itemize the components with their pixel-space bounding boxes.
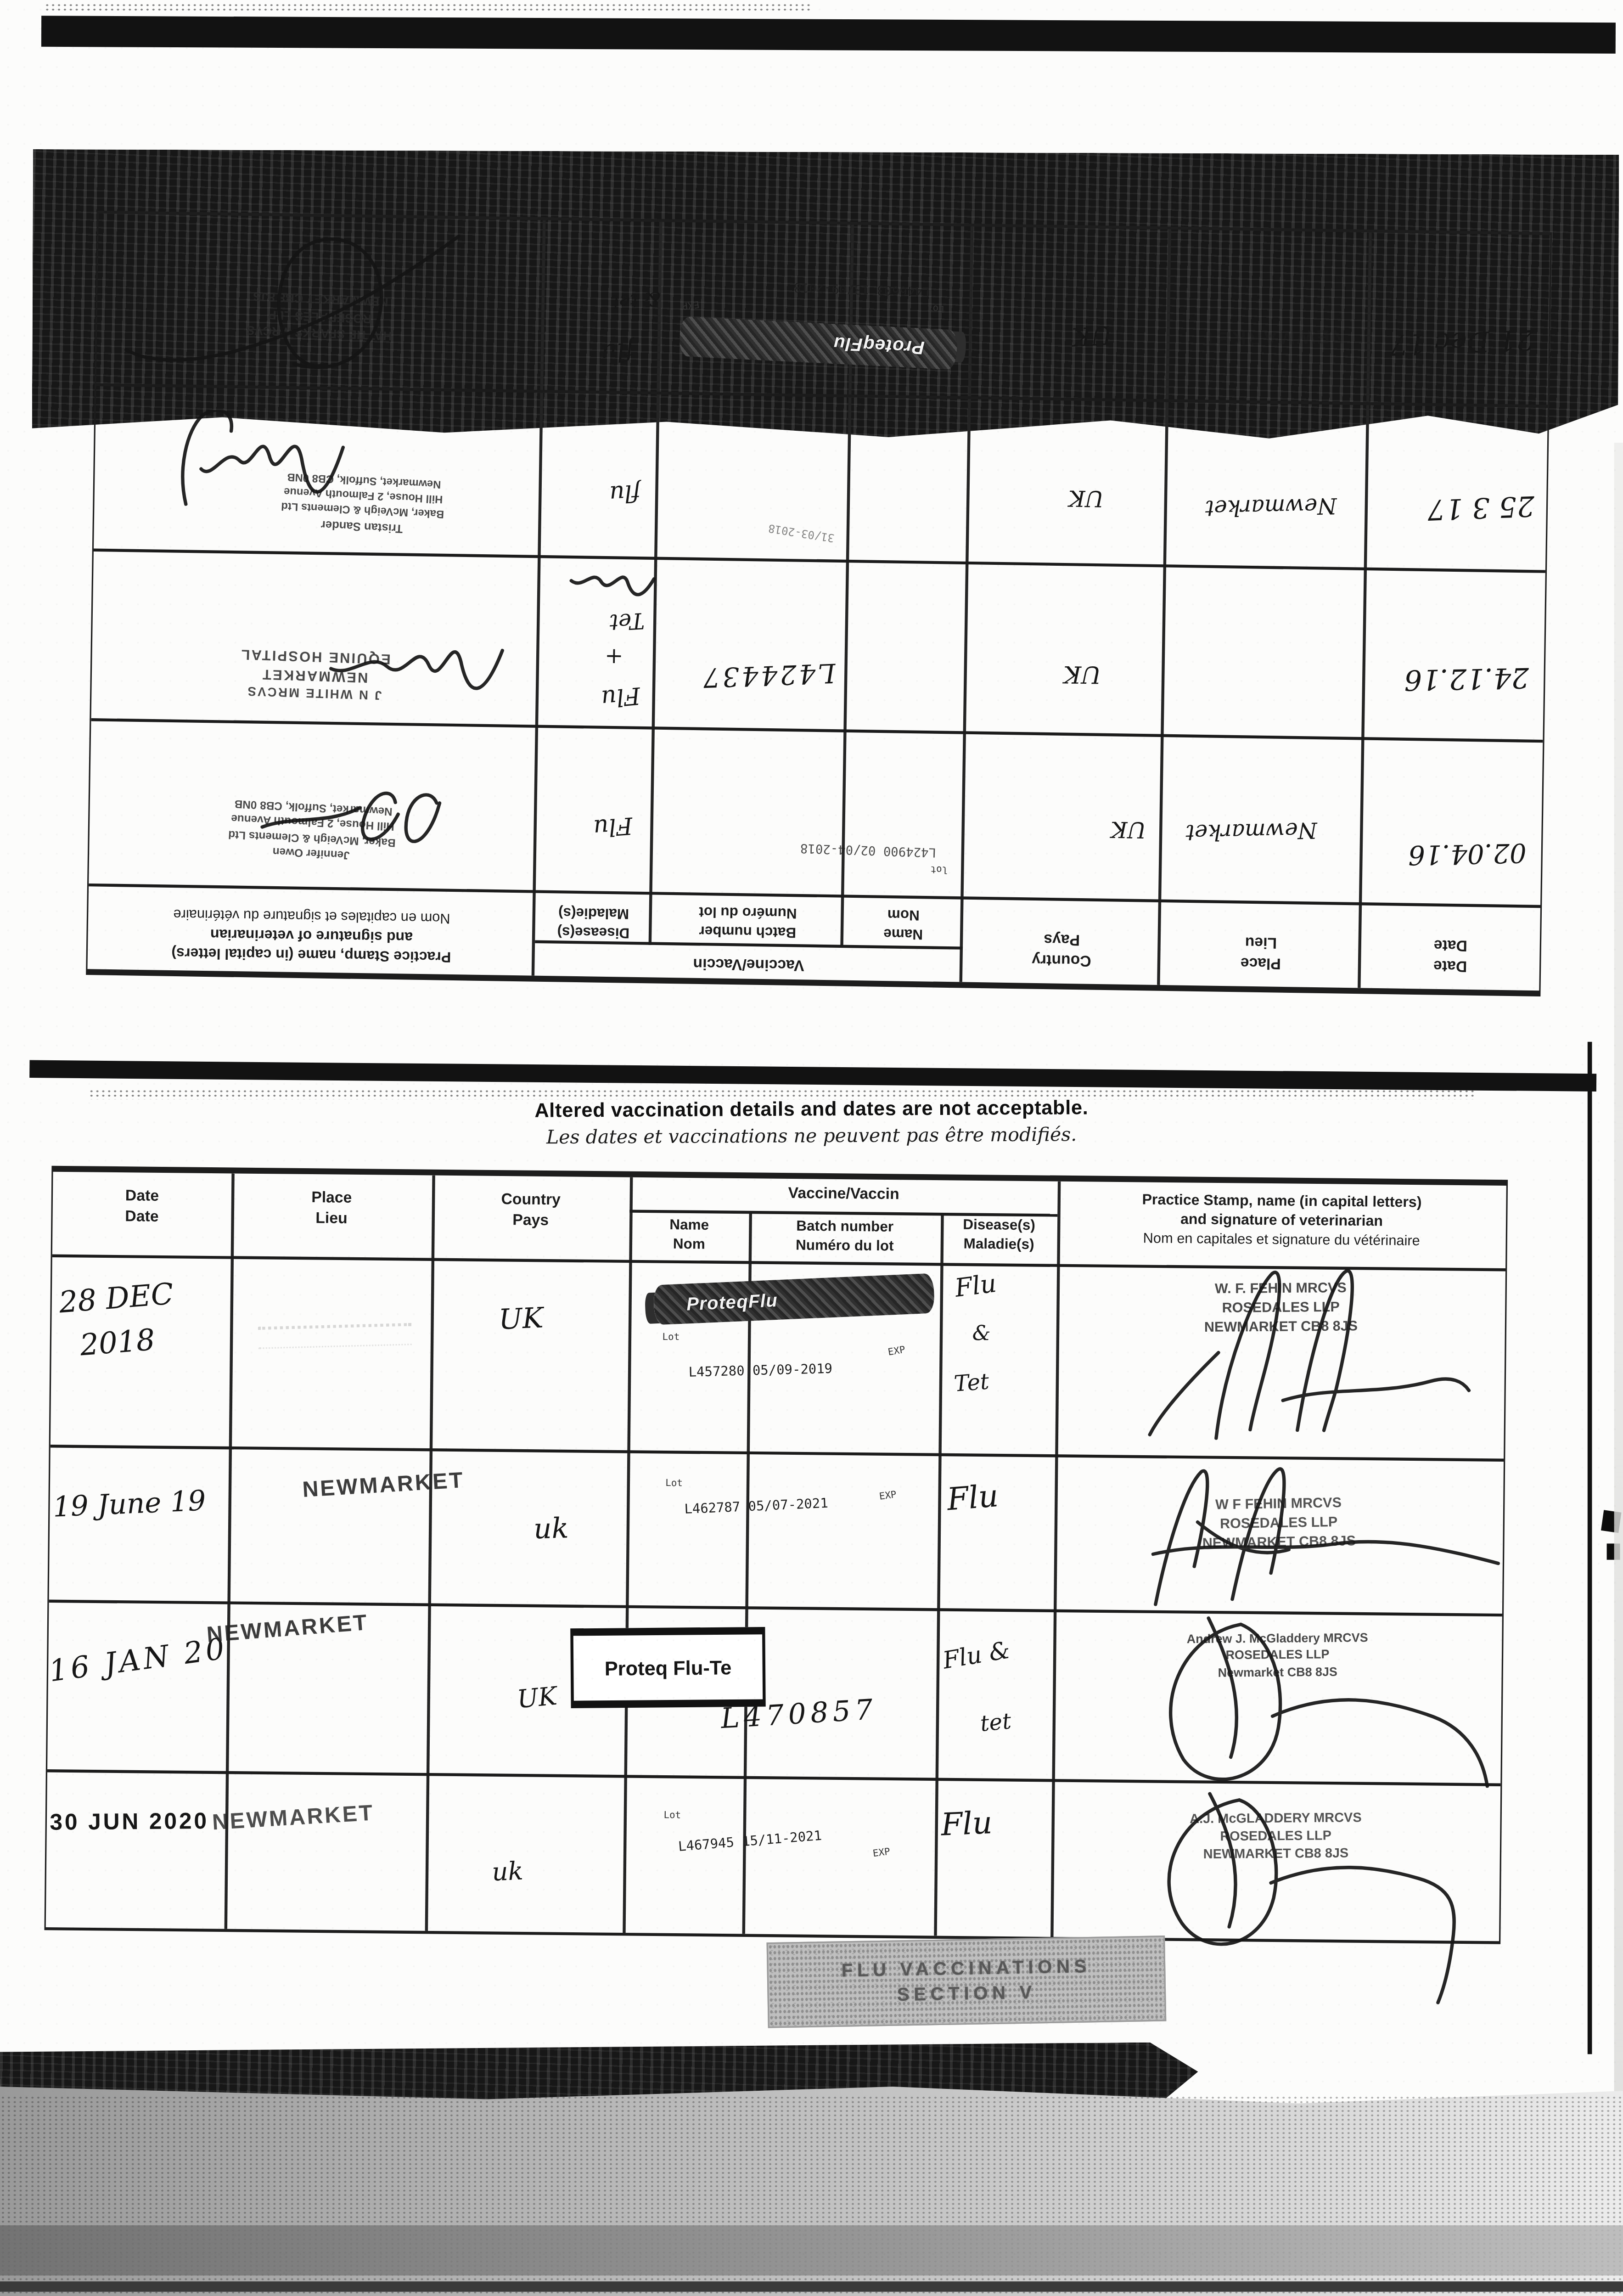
disease-value: Flu xyxy=(592,812,633,843)
lower-vaccination-table: Date Date Place Lieu Country Pays Vaccin… xyxy=(44,1166,1508,1944)
header-country-en: Country xyxy=(962,947,1160,970)
batch-handwritten: L424437 xyxy=(701,656,836,692)
signature xyxy=(1065,1614,1502,1792)
batch-value: L446603 13/09-2018 xyxy=(794,279,930,298)
vaccine-sticker: ProteqFlu xyxy=(653,1273,935,1325)
disease-scribble xyxy=(565,566,660,606)
column-line xyxy=(425,1176,435,1931)
disease-value: Flu xyxy=(953,1270,998,1304)
header-name-fr: Nom xyxy=(844,904,964,924)
header-batch: Batch number Numéro du lot xyxy=(749,1218,941,1257)
row-line xyxy=(51,1445,1504,1462)
country-value: uk xyxy=(491,1857,524,1888)
header-vaccine: Vaccine/Vaccin xyxy=(534,950,962,976)
column-line xyxy=(532,220,546,975)
disease-value: Flu xyxy=(946,1478,1000,1518)
scan-band-thin xyxy=(41,16,1616,53)
header-date-fr: Date xyxy=(1361,934,1540,956)
header-stamp: Practice Stamp, name (in capital letters… xyxy=(88,903,535,967)
scan-band-middle xyxy=(29,1060,1596,1092)
header-batch-en: Batch number xyxy=(749,1218,941,1238)
header-place: Place Lieu xyxy=(231,1188,432,1230)
date-value: 24.12.16 xyxy=(1404,661,1529,696)
date-line-1: 28 DEC xyxy=(57,1272,175,1325)
scan-band-bottom-line xyxy=(0,2281,1623,2291)
batch-value: L457280 05/09-2019 xyxy=(688,1362,832,1381)
disease-value: Tet xyxy=(609,607,645,636)
country-value: UK xyxy=(1111,816,1146,843)
country-value: UK xyxy=(1072,319,1113,350)
signature xyxy=(250,780,458,868)
place-stamp: NEWMARKET xyxy=(212,1801,375,1836)
header-name-en: Name xyxy=(629,1217,749,1237)
lot-label: lot xyxy=(930,863,948,875)
page-edge-shade xyxy=(1614,443,1623,2296)
header-country-fr: Pays xyxy=(963,928,1161,951)
header-batch-fr: Numéro du lot xyxy=(749,1237,941,1257)
signature xyxy=(132,409,355,542)
faint-place-stamp xyxy=(258,1323,412,1349)
header-disease-fr: Maladie(s) xyxy=(941,1236,1057,1255)
header-disease-en: Disease(s) xyxy=(941,1217,1057,1237)
header-disease: Disease(s) Maladie(s) xyxy=(535,902,652,940)
disease-value: Tet xyxy=(953,1368,990,1397)
date-value: 25 3 17 xyxy=(1427,489,1535,525)
column-line xyxy=(1157,230,1171,985)
lot-label: Lot xyxy=(927,303,944,315)
exp-label: EXP xyxy=(878,1489,897,1503)
header-name-en: Name xyxy=(843,922,963,942)
disease-value: & tet xyxy=(610,286,662,312)
place-value: Newmarket xyxy=(1185,817,1318,846)
header-date: Date Date xyxy=(52,1187,231,1228)
header-date-fr: Date xyxy=(52,1206,231,1228)
disease-value: Flu & xyxy=(941,1636,1012,1674)
vaccine-sticker-label: ProteqFlu xyxy=(833,333,958,360)
lot-label: Lot xyxy=(665,1477,683,1489)
header-name: Name Nom xyxy=(629,1217,749,1255)
header-country-en: Country xyxy=(432,1190,630,1212)
header-country-fr: Pays xyxy=(432,1210,629,1232)
column-line xyxy=(1358,232,1372,988)
disease-value: Flu xyxy=(600,681,641,713)
scan-speckle-top xyxy=(44,3,811,11)
country-value: UK xyxy=(516,1682,559,1715)
date-value: 19 June 19 xyxy=(52,1485,207,1524)
header-batch-en: Batch number xyxy=(651,919,843,940)
header-disease: Disease(s) Maladie(s) xyxy=(941,1217,1058,1255)
country-value: uk xyxy=(533,1513,569,1546)
signature xyxy=(1067,1462,1511,1614)
scanned-page: Date Date Place Lieu Country Pays Vaccin… xyxy=(0,0,1623,2296)
exp-label: EXP xyxy=(872,1846,891,1859)
header-date-en: Date xyxy=(53,1187,231,1208)
warning-text-fr: Les dates et vaccinations ne peuvent pas… xyxy=(221,1123,1402,1151)
column-line xyxy=(623,1177,632,1933)
batch-value: 31/03-2018 xyxy=(767,522,835,545)
header-stamp-fr: Nom en capitales et signature du vétérin… xyxy=(1057,1228,1506,1252)
row-line xyxy=(94,548,1545,573)
page-spine-line xyxy=(1588,1042,1592,2054)
header-country: Country Pays xyxy=(432,1190,629,1232)
batch-value: L462787 05/07-2021 xyxy=(684,1497,829,1518)
signature xyxy=(117,224,518,385)
header-country: Country Pays xyxy=(962,928,1161,970)
batch-value: L424900 02/04-2018 xyxy=(800,840,937,859)
header-place: Place Lieu xyxy=(1160,930,1361,973)
section-stamp: FLU VACCINATIONS SECTION V xyxy=(767,1936,1167,2028)
column-line xyxy=(960,226,974,982)
vaccine-underline xyxy=(535,940,963,950)
disease-value: + xyxy=(605,643,623,670)
vaccine-box-stamp: Proteq Flu-Te xyxy=(570,1627,766,1708)
country-value: UK xyxy=(1063,660,1101,689)
row-line xyxy=(91,718,1543,743)
date-line-2: 2018 xyxy=(61,1316,179,1369)
lot-label: Lot xyxy=(662,1331,680,1343)
place-stamp: NEWMARKET xyxy=(206,1610,370,1648)
header-place-fr: Lieu xyxy=(1161,930,1362,953)
warning-block: Altered vaccination details and dates ar… xyxy=(221,1095,1402,1151)
signature xyxy=(319,621,512,715)
disease-value: flu xyxy=(609,479,641,509)
header-stamp: Practice Stamp, name (in capital letters… xyxy=(1057,1190,1506,1252)
header-vaccine: Vaccine/Vaccin xyxy=(629,1183,1057,1207)
section-stamp-line2: SECTION V xyxy=(897,1981,1036,2008)
date-value: 02.04.16 xyxy=(1408,836,1527,870)
header-disease-en: Disease(s) xyxy=(535,920,651,940)
disease-value: Flu xyxy=(940,1805,993,1843)
header-date: Date Date xyxy=(1361,934,1540,976)
upper-vaccination-table: Date Date Place Lieu Country Pays Vaccin… xyxy=(86,211,1552,996)
vaccine-sticker-label: ProteqFlu xyxy=(653,1289,778,1315)
country-value: UK xyxy=(1068,485,1104,512)
batch-value: L467945 15/11-2021 xyxy=(678,1829,822,1855)
header-place-en: Place xyxy=(1160,950,1361,973)
scan-band-bottom-mid xyxy=(0,2225,1623,2275)
vaccine-box-label: Proteq Flu-Te xyxy=(605,1656,732,1679)
lot-label: Lot xyxy=(663,1809,681,1821)
column-line xyxy=(1050,1182,1060,1937)
header-batch: Batch number Numéro du lot xyxy=(651,900,844,940)
disease-value: & xyxy=(972,1322,991,1346)
place-value: Newmarket xyxy=(1205,492,1337,522)
signature xyxy=(1076,1263,1476,1446)
header-place-fr: Lieu xyxy=(231,1208,432,1230)
header-date-en: Date xyxy=(1361,953,1539,976)
disease-value: flu xyxy=(600,335,635,367)
place-stamp: NEWMARKET xyxy=(1202,326,1345,350)
header-name: Name Nom xyxy=(843,904,963,942)
date-value: 28 DEC 2018 xyxy=(57,1272,179,1369)
header-disease-fr: Maladie(s) xyxy=(535,902,652,922)
place-stamp: NEWMARKET xyxy=(302,1468,465,1503)
exp-label: EXP xyxy=(887,1344,906,1358)
date-value: 16 JAN 20 xyxy=(47,1630,229,1688)
row-line xyxy=(96,383,1548,408)
section-stamp-line1: FLU VACCINATIONS xyxy=(841,1955,1091,1984)
vaccine-underline xyxy=(629,1210,1057,1216)
disease-value: tet xyxy=(979,1708,1012,1737)
date-value: 21 Dec 17 xyxy=(1389,323,1534,360)
country-value: UK xyxy=(498,1302,544,1337)
date-stamp: 30 JUN 2020 xyxy=(50,1809,209,1837)
header-name-fr: Nom xyxy=(629,1236,749,1255)
exp-label: EXP xyxy=(681,298,700,312)
header-batch-fr: Numéro du lot xyxy=(652,900,844,922)
vaccine-sticker: ProteqFlu xyxy=(679,316,958,370)
header-place-en: Place xyxy=(231,1188,432,1210)
